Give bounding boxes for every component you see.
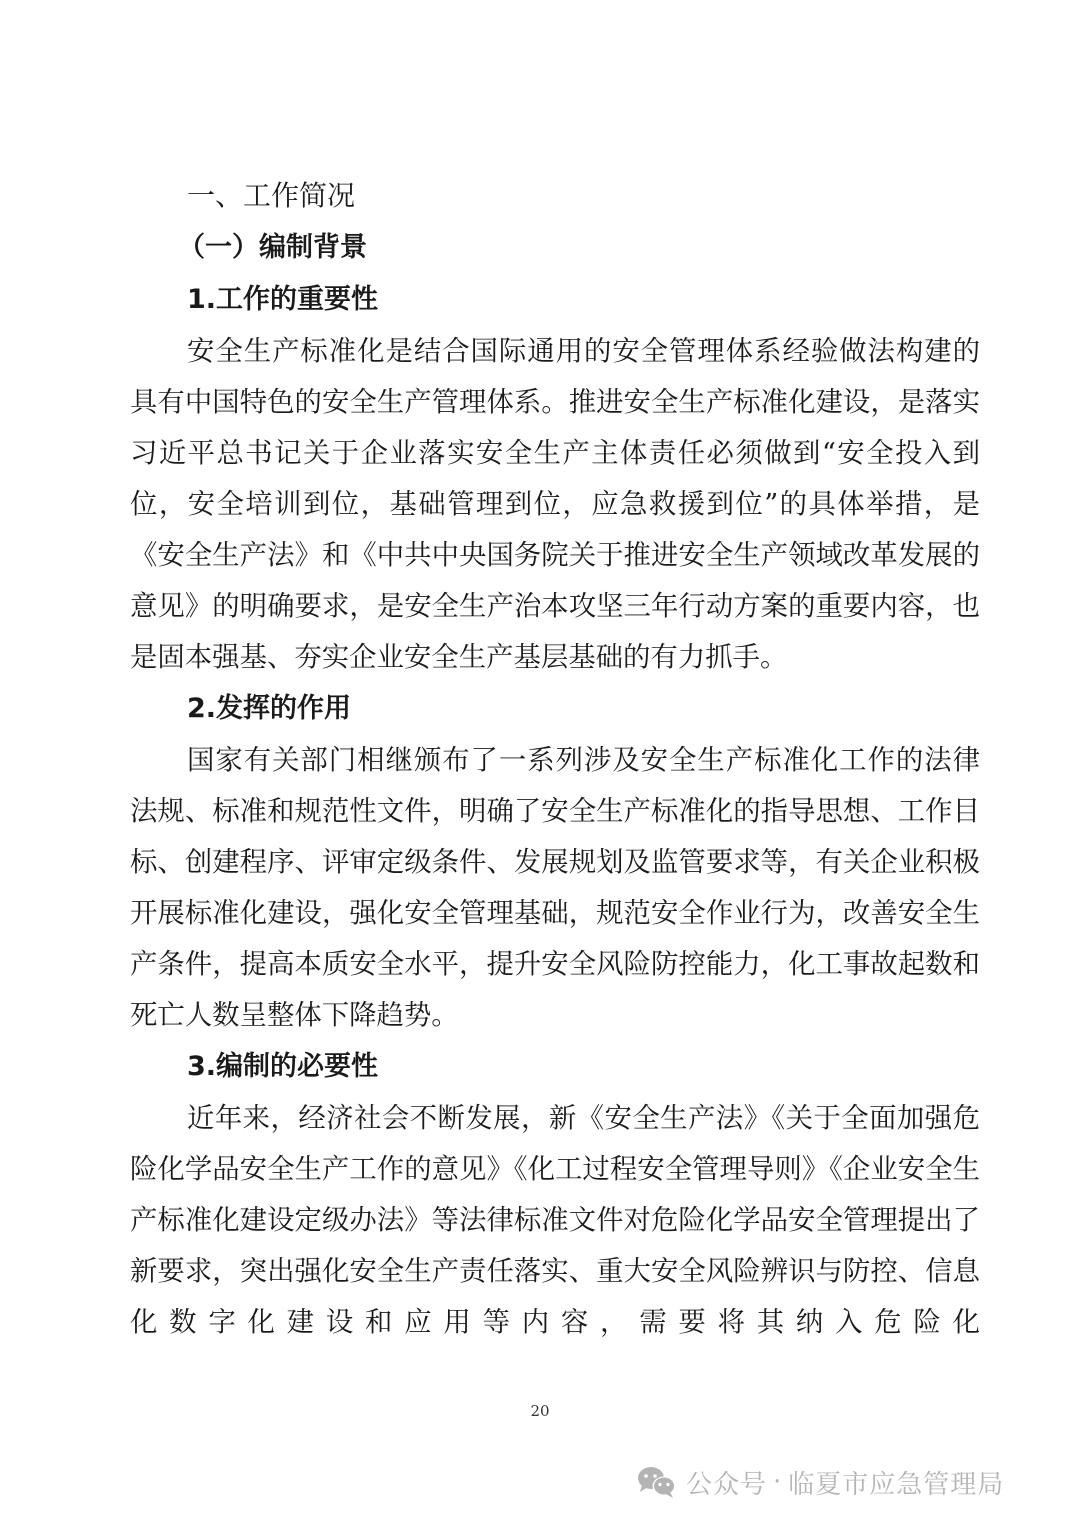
wechat-icon (636, 1465, 678, 1499)
section-title-necessity: 3.编制的必要性 (130, 1041, 980, 1093)
document-page: 一、工作简况 （一）编制背景 1.工作的重要性 安全生产标准化是结合国际通用的安… (130, 170, 980, 1348)
watermark-account-name: 临夏市应急管理局 (788, 1464, 1004, 1501)
paragraph-text: 安全生产标准化是结合国际通用的安全管理体系经验做法构建的具有中国特色的安全生产管… (130, 326, 980, 683)
watermark-separator: · (773, 1467, 782, 1497)
paragraph-text: 国家有关部门相继颁布了一系列涉及安全生产标准化工作的法律法规、标准和规范性文件，… (130, 735, 980, 1041)
heading-level1: 一、工作简况 (130, 170, 980, 222)
section-paragraph-role: 国家有关部门相继颁布了一系列涉及安全生产标准化工作的法律法规、标准和规范性文件，… (130, 735, 980, 1041)
page-number: 20 (0, 1402, 1080, 1420)
section-title-importance: 1.工作的重要性 (130, 274, 980, 326)
heading-level2: （一）编制背景 (130, 222, 980, 274)
watermark-prefix: 公众号 (686, 1464, 767, 1501)
wechat-account-watermark: 公众号 · 临夏市应急管理局 (636, 1462, 1004, 1502)
section-paragraph-necessity: 近年来，经济社会不断发展，新《安全生产法》《关于全面加强危险化学品安全生产工作的… (130, 1093, 980, 1348)
paragraph-text: 近年来，经济社会不断发展，新《安全生产法》《关于全面加强危险化学品安全生产工作的… (130, 1093, 980, 1348)
section-paragraph-importance: 安全生产标准化是结合国际通用的安全管理体系经验做法构建的具有中国特色的安全生产管… (130, 326, 980, 683)
section-title-role: 2.发挥的作用 (130, 683, 980, 735)
